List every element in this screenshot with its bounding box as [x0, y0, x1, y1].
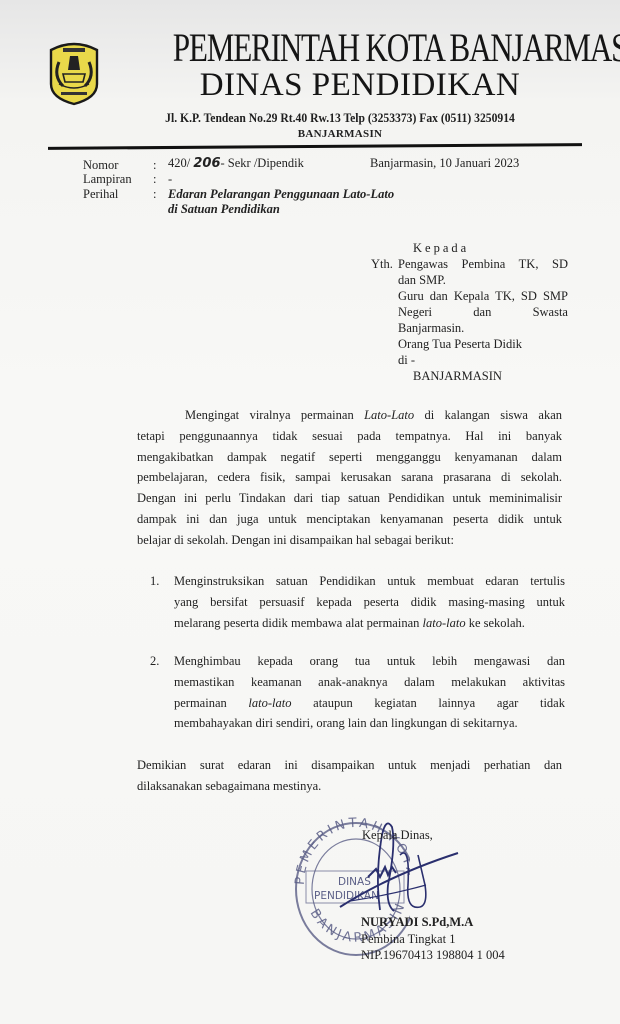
text-line: dampak ini dan juga untuk menciptakan ke…	[137, 509, 562, 530]
item-text: Menghimbau kepada orang tua untuk lebih …	[174, 651, 565, 734]
letterhead-address: Jl. K.P. Tendean No.29 Rt.40 Rw.13 Telp …	[80, 111, 601, 126]
item-text: Menginstruksikan satuan Pendidikan untuk…	[174, 571, 565, 633]
closing-line: Demikian surat edaran ini disampaikan un…	[137, 755, 562, 776]
coat-of-arms-logo-icon	[45, 40, 103, 106]
letterhead-city: BANJARMASIN	[60, 128, 620, 140]
item-number: 2.	[150, 651, 159, 672]
text-line: memastikan keamanan anak-anaknya dalam m…	[174, 672, 565, 693]
kepada-label: Kepada	[413, 240, 469, 256]
lampiran-value: -	[168, 173, 172, 186]
instruction-item-2: 2. Menghimbau kepada orang tua untuk leb…	[150, 651, 565, 734]
text-line: tetapi penggunaannya tidak sesuai pada t…	[137, 426, 562, 447]
text-line: belajar di sekolah. Dengan ini disampaik…	[137, 530, 562, 551]
nomor-suffix: - Sekr /Dipendik	[221, 156, 304, 170]
closing-line: dilaksanakan sebagaimana mestinya.	[137, 776, 562, 797]
recipient-line: Orang Tua Peserta Didik	[398, 336, 568, 352]
place-date: Banjarmasin, 10 Januari 2023	[370, 157, 519, 170]
nomor-prefix: 420/	[168, 156, 190, 170]
text-line: permainan lato-lato ataupun kegiatan lai…	[174, 693, 565, 714]
nomor-handwritten: 206	[193, 156, 220, 171]
nomor-label: Nomor	[83, 159, 118, 172]
text-line: Menginstruksikan satuan Pendidikan untuk…	[174, 571, 565, 592]
recipient-line: Pengawas Pembina TK, SD	[398, 256, 568, 272]
text-line: membahayakan diri sendiri, orang lain da…	[174, 713, 565, 734]
agency-name: DINAS PENDIDIKAN	[120, 67, 600, 103]
intro-paragraph: Mengingat viralnya permainan Lato-Lato d…	[137, 405, 562, 551]
perihal-line-1: Edaran Pelarangan Penggunaan Lato-Lato	[168, 188, 394, 201]
text-line: Dengan ini perlu Tindakan dari tiap satu…	[137, 488, 562, 509]
text-line: melarang peserta didik membawa alat perm…	[174, 613, 565, 634]
text-line: pembelajaran, cedera fisik, sampai kerus…	[137, 467, 562, 488]
perihal-line-2: di Satuan Pendidikan	[168, 203, 280, 216]
recipient-line: Negeri dan Swasta	[398, 304, 568, 320]
text-line: mengakibatkan dampak negatif seperti men…	[137, 447, 562, 468]
perihal-label: Perihal	[83, 188, 118, 201]
item-number: 1.	[150, 571, 159, 592]
signatory-position: Kepala Dinas,	[362, 828, 433, 843]
text-line: Menghimbau kepada orang tua untuk lebih …	[174, 651, 565, 672]
instruction-item-1: 1. Menginstruksikan satuan Pendidikan un…	[150, 571, 565, 633]
lampiran-label: Lampiran	[83, 173, 132, 186]
government-name: PEMERINTAH KOTA BANJARMASIN	[173, 26, 547, 70]
nomor-value: 420/ 206- Sekr /Dipendik	[168, 157, 304, 170]
signatory-name: NURYADI S.Pd,M.A	[361, 915, 473, 930]
recipient-line: Banjarmasin.	[398, 320, 568, 336]
recipient-line: Guru dan Kepala TK, SD SMP	[398, 288, 568, 304]
text-line: Mengingat viralnya permainan Lato-Lato d…	[137, 405, 562, 426]
yth-label: Yth.	[371, 256, 393, 272]
letterhead-divider	[48, 143, 582, 150]
lampiran-colon: :	[153, 173, 156, 186]
nomor-colon: :	[153, 159, 156, 172]
closing-paragraph: Demikian surat edaran ini disampaikan un…	[137, 755, 562, 797]
text-line: yang bersifat persuasif kepada peserta d…	[174, 592, 565, 613]
recipient-line: dan SMP.	[398, 272, 568, 288]
signatory-rank: Pembina Tingkat 1	[361, 932, 455, 947]
recipient-city: BANJARMASIN	[413, 368, 502, 384]
signatory-nip: NIP.19670413 198804 1 004	[361, 948, 505, 963]
perihal-colon: :	[153, 188, 156, 201]
di-label: di -	[398, 352, 415, 368]
